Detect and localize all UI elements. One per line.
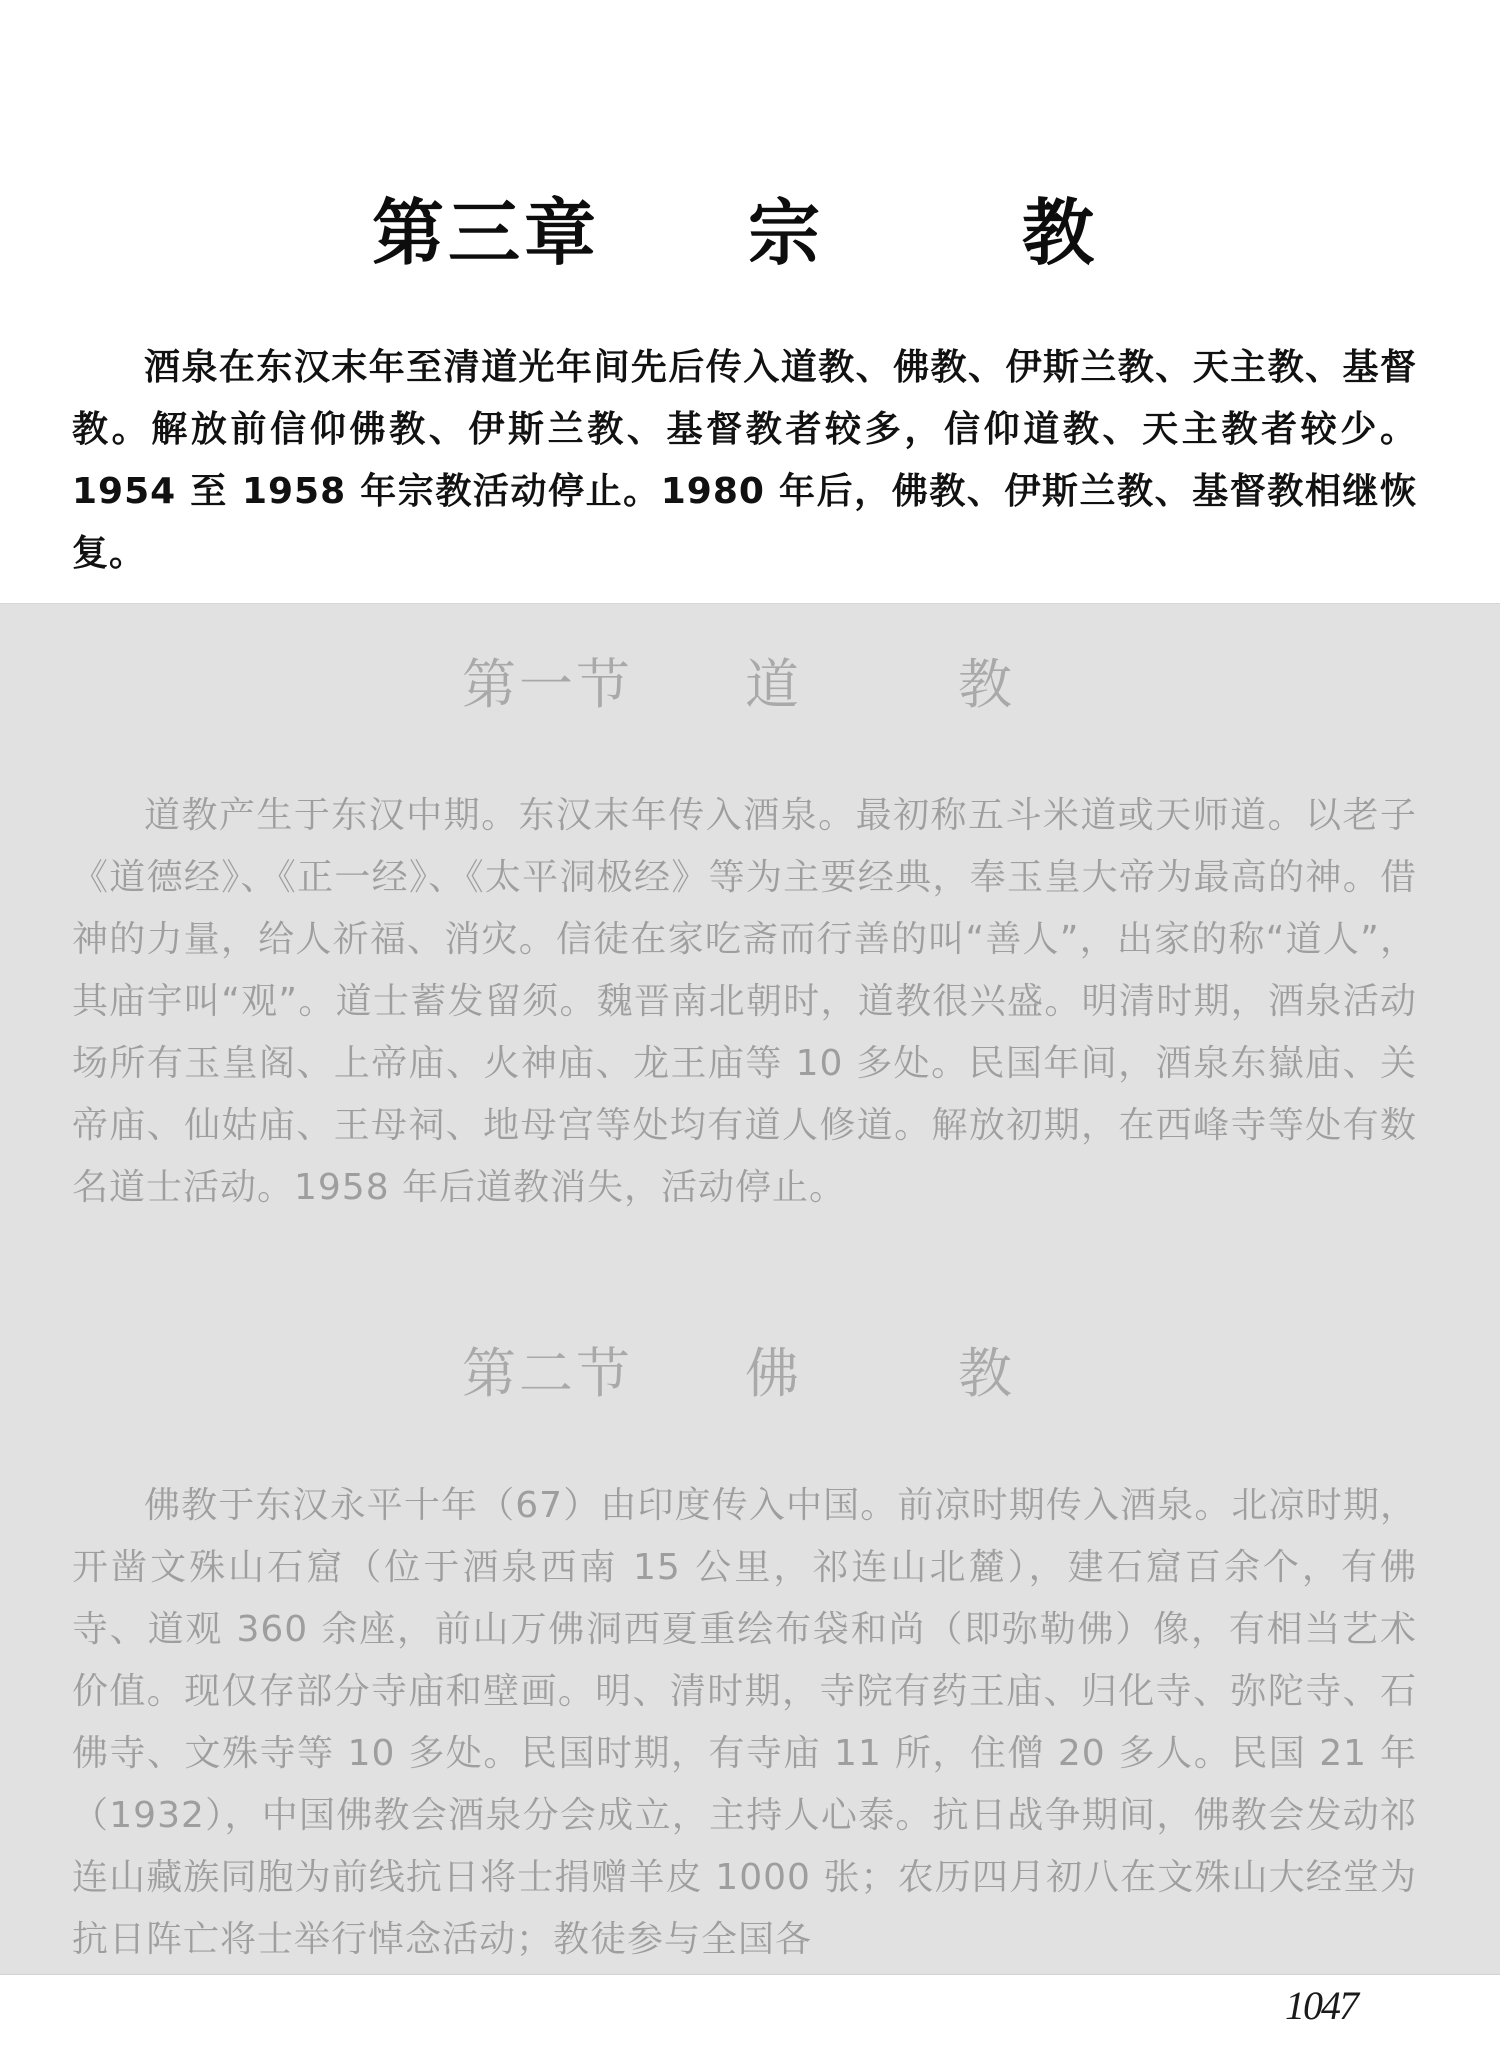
section-number: 第一节	[462, 650, 633, 720]
chapter-title: 第三章 宗 教	[0, 188, 1500, 278]
section-title-word-2: 教	[958, 650, 1015, 720]
chapter-intro-paragraph: 酒泉在东汉末年至清道光年间先后传入道教、佛教、伊斯兰教、天主教、基督教。解放前信…	[72, 337, 1417, 585]
section-paragraph-taoism: 道教产生于东汉中期。东汉末年传入酒泉。最初称五斗米道或天师道。以老子《道德经》、…	[72, 785, 1417, 1219]
chapter-title-word-2: 教	[1022, 188, 1098, 278]
section-title-buddhism: 第二节 佛 教	[0, 1339, 1500, 1409]
chapter-title-number: 第三章	[372, 188, 600, 278]
section-paragraph-buddhism: 佛教于东汉永平十年（67）由印度传入中国。前凉时期传入酒泉。北凉时期，开凿文殊山…	[72, 1475, 1417, 1971]
chapter-title-word-1: 宗	[748, 188, 824, 278]
section-title-word-1: 佛	[745, 1339, 802, 1409]
section-title-word-1: 道	[745, 650, 802, 720]
section-number: 第二节	[462, 1339, 633, 1409]
section-title-taoism: 第一节 道 教	[0, 650, 1500, 720]
section-title-word-2: 教	[958, 1339, 1015, 1409]
page-number: 1047	[1285, 1982, 1357, 2029]
